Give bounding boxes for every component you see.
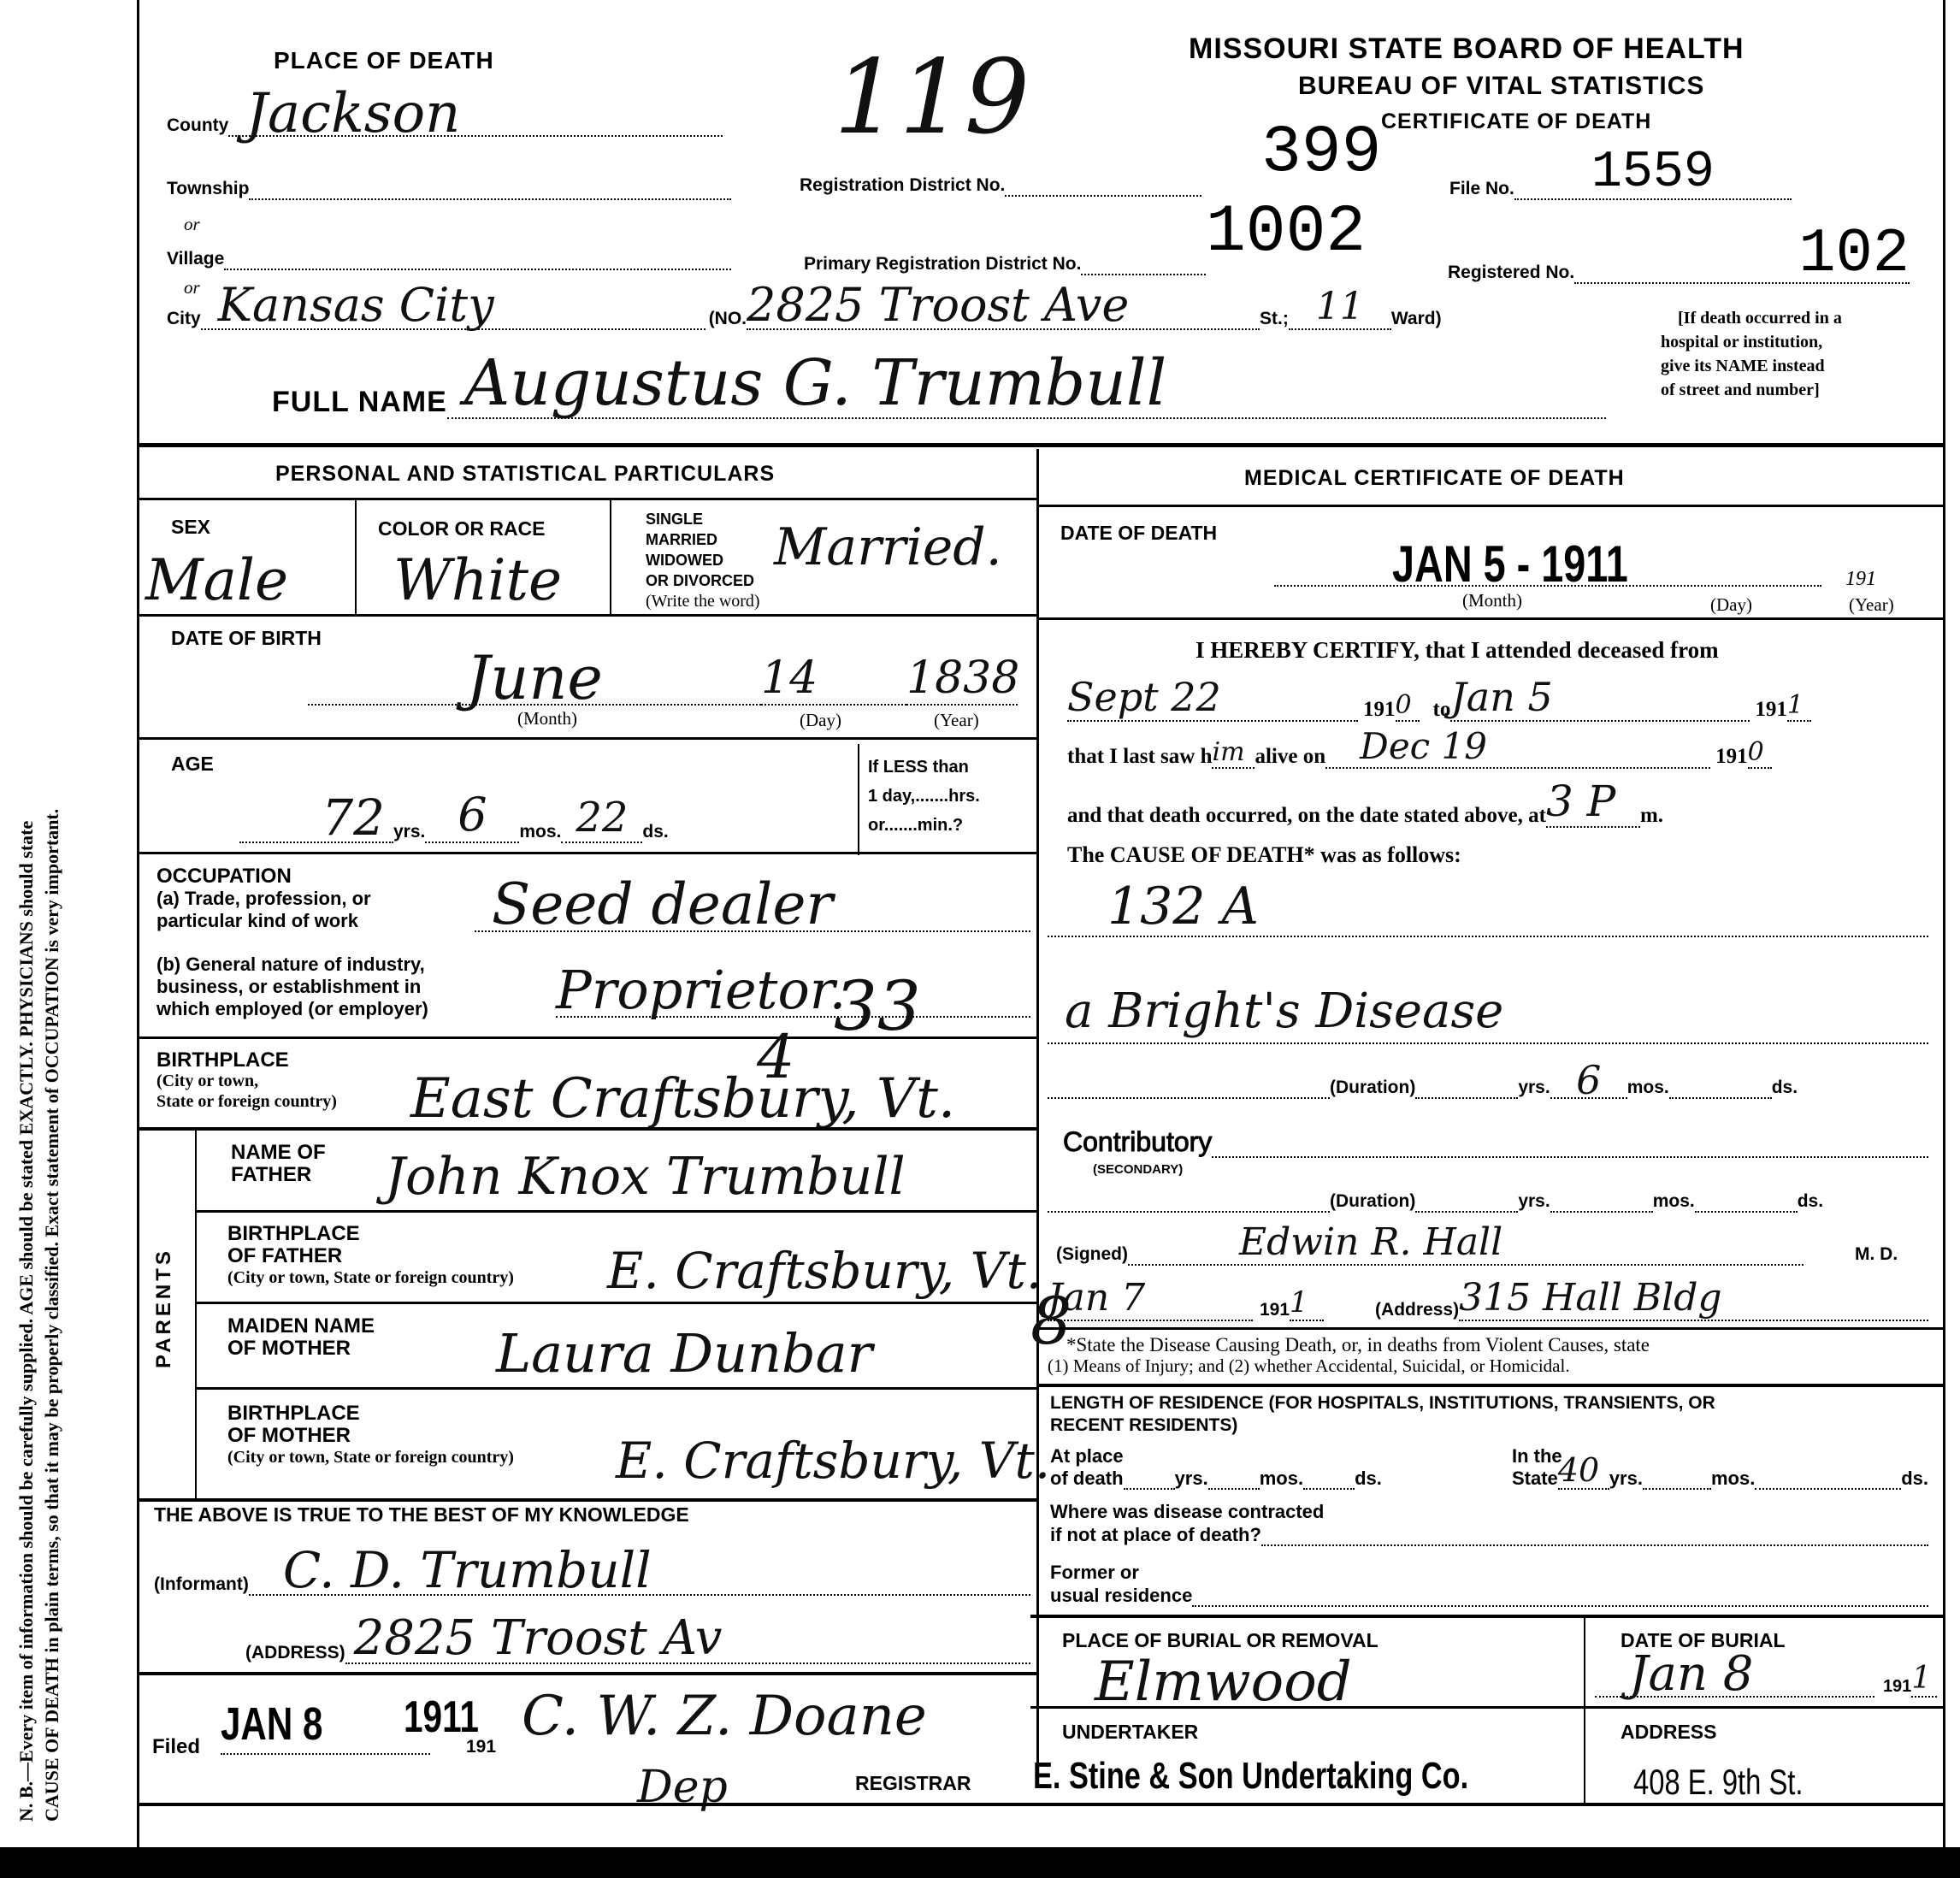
occupation-trade-value: Seed dealer: [475, 879, 1030, 932]
contributory-duration-field[interactable]: (Duration) yrs. mos. ds.: [1048, 1178, 1928, 1213]
cause-code: 132 A: [1107, 877, 1259, 936]
margin-note-line-1: N. B.—Every item of information should b…: [15, 821, 38, 1822]
dod-rule: [1039, 617, 1943, 620]
age-rule: [139, 852, 1036, 854]
primary-district-value: 1002: [1206, 195, 1366, 270]
st-label: St.;: [1260, 308, 1289, 330]
footnote-line-2: (1) Means of Injury; and (2) whether Acc…: [1048, 1355, 1650, 1377]
birthplace-field[interactable]: East Craftsbury, Vt.: [402, 1069, 1030, 1129]
age-yrs-label: yrs.: [393, 821, 425, 843]
father-name-label: NAME OF FATHER: [231, 1142, 326, 1186]
father-name-field[interactable]: John Knox Trumbull: [376, 1146, 1030, 1208]
street-no-label: (NO.: [709, 308, 747, 330]
sex-value: Male: [145, 547, 288, 613]
dob-year: 1838: [906, 653, 1018, 706]
at-place-mos-label: mos.: [1260, 1468, 1303, 1490]
age-divider: [858, 744, 859, 855]
father-birthplace-label-3: (City or town, State or foreign country): [227, 1267, 514, 1288]
cause-duration-days: [1669, 1084, 1772, 1099]
contributory-duration-ds-label: ds.: [1798, 1190, 1823, 1213]
father-birthplace-rule: [197, 1302, 1036, 1304]
state-mos-label: mos.: [1711, 1468, 1755, 1490]
physician-signature-field[interactable]: (Signed) Edwin R. Hall M. D.: [1056, 1223, 1928, 1266]
mother-name-label: MAIDEN NAME OF MOTHER: [227, 1315, 375, 1360]
at-place-months: [1208, 1478, 1260, 1490]
township-value: [249, 181, 731, 200]
mother-name-label-2: OF MOTHER: [227, 1338, 375, 1360]
ward-value: 11: [1289, 285, 1391, 330]
marital-value: Married.: [774, 517, 1002, 577]
less-than-line-3: or.......min.?: [868, 811, 980, 840]
attended-from-field[interactable]: Sept 22 191 0 to Jan 5 191 1: [1067, 676, 1931, 722]
primary-district-line: [1081, 257, 1206, 275]
contracted-field[interactable]: if not at place of death?: [1050, 1521, 1928, 1546]
signed-year-prefix: 191: [1260, 1299, 1290, 1321]
footnote: *State the Disease Causing Death, or, in…: [1048, 1334, 1650, 1377]
birthplace-value: East Craftsbury, Vt.: [402, 1069, 1030, 1129]
cause-line-1: [1048, 932, 1928, 937]
header-divider: [137, 443, 1943, 447]
father-birthplace-label-2: OF FATHER: [227, 1245, 514, 1267]
mother-birthplace-label-1: BIRTHPLACE: [227, 1403, 514, 1425]
sex-label: SEX: [171, 516, 210, 538]
burial-year-prefix: 191: [1883, 1675, 1911, 1698]
board-title: MISSOURI STATE BOARD OF HEALTH: [1189, 32, 1745, 66]
mother-name-rule: [197, 1387, 1036, 1390]
race-value: White: [393, 547, 562, 613]
state-years: 40: [1558, 1452, 1609, 1490]
death-time-value: 3 P: [1546, 777, 1640, 828]
age-ds-label: ds.: [642, 821, 668, 843]
mother-birthplace-label-3: (City or town, State or foreign country): [227, 1447, 514, 1468]
sex-divider: [355, 500, 357, 616]
marital-options: SINGLE MARRIED WIDOWED OR DIVORCED (Writ…: [646, 509, 760, 611]
scan-bottom-edge: [0, 1847, 1960, 1878]
residence-heading-line-2: RECENT RESIDENTS): [1050, 1414, 1715, 1437]
marital-widowed: WIDOWED: [646, 550, 760, 570]
burial-date-field[interactable]: Jan 8 191 1: [1595, 1655, 1937, 1698]
street-value: 2825 Troost Ave: [747, 282, 1260, 330]
age-label: AGE: [171, 753, 214, 775]
cause-duration-lead: [1048, 1084, 1330, 1099]
former-label-2: usual residence: [1050, 1585, 1192, 1607]
full-name-field[interactable]: FULL NAME Augustus G. Trumbull: [272, 351, 1606, 419]
occupation-industry-value: Proprietor.: [556, 965, 1030, 1018]
dob-month: June: [308, 653, 761, 706]
cause-duration-years: [1415, 1084, 1518, 1099]
mother-name-field[interactable]: Laura Dunbar: [479, 1326, 1030, 1382]
birthplace-heading: BIRTHPLACE: [156, 1050, 337, 1071]
registrar-label: REGISTRAR: [855, 1772, 971, 1794]
sex-row-rule: [139, 614, 1036, 617]
signed-year-digit: 1: [1290, 1285, 1324, 1321]
cause-duration-field[interactable]: (Duration) yrs. 6 mos. ds.: [1048, 1065, 1928, 1099]
residence-heading-line-1: LENGTH OF RESIDENCE (FOR HOSPITALS, INST…: [1050, 1392, 1715, 1414]
city-label: City: [167, 308, 201, 330]
less-than-line-2: 1 day,.......hrs.: [868, 782, 980, 811]
occupation-a-line-1: (a) Trade, profession, or: [156, 888, 371, 910]
attended-to-year-prefix: 191: [1755, 698, 1787, 722]
contributory-duration-days: [1695, 1197, 1798, 1213]
hospital-note-line-1: [If death occurred in a: [1661, 306, 1842, 330]
contributory-duration-months: [1550, 1197, 1653, 1213]
last-saw-field[interactable]: that I last saw h im alive on Dec 19 191…: [1067, 731, 1931, 769]
state-ds-label: ds.: [1901, 1468, 1928, 1490]
informant-address-value: 2825 Troost Av: [345, 1615, 1030, 1664]
last-saw-year-digit: 0: [1748, 737, 1772, 769]
village-value: [224, 251, 731, 270]
filed-year-prefix: 191: [466, 1736, 496, 1758]
father-birthplace-label-1: BIRTHPLACE: [227, 1223, 514, 1245]
attended-to-value: Jan 5: [1450, 674, 1750, 722]
registered-no-label: Registered No.: [1448, 262, 1574, 284]
filed-date-line: [221, 1745, 430, 1755]
cause-line-2: [1048, 1039, 1928, 1044]
physician-signature: Edwin R. Hall: [1128, 1221, 1804, 1266]
county-value: Jackson: [228, 92, 723, 137]
marital-write-note: (Write the word): [646, 591, 760, 611]
father-birthplace-field[interactable]: E. Craftsbury, Vt.: [607, 1244, 1030, 1297]
state-months: [1643, 1478, 1711, 1490]
cause-duration-ds-label: ds.: [1772, 1077, 1798, 1099]
or-label-1: or: [184, 214, 200, 234]
residence-at-place-field[interactable]: of death yrs. mos. ds.: [1050, 1464, 1486, 1490]
contributory-duration-mos-label: mos.: [1653, 1190, 1695, 1213]
hospital-note-line-3: give its NAME instead: [1661, 354, 1842, 378]
age-months: 6: [425, 788, 519, 843]
date-of-death-year-prefix: 191: [1845, 569, 1876, 589]
hospital-note-line-2: hospital or institution,: [1661, 330, 1842, 354]
former-residence-field[interactable]: usual residence: [1050, 1581, 1928, 1607]
residence-state-field[interactable]: State 40 yrs. mos. ds.: [1512, 1454, 1928, 1490]
contributory-field[interactable]: Contributory: [1063, 1120, 1928, 1158]
contributory-duration-label: (Duration): [1330, 1190, 1415, 1213]
last-saw-pronoun: im: [1212, 737, 1255, 769]
hospital-note: [If death occurred in a hospital or inst…: [1661, 306, 1842, 402]
state-days: [1755, 1478, 1901, 1490]
informant-rule: [139, 1672, 1036, 1675]
center-divider: [1036, 449, 1039, 1770]
death-time-suffix: m.: [1640, 804, 1663, 828]
at-place-label-2: of death: [1050, 1468, 1124, 1490]
full-name-value: Augustus G. Trumbull: [447, 349, 1606, 419]
place-of-death-heading: PLACE OF DEATH: [274, 47, 494, 74]
city-field[interactable]: City Kansas City (NO. 2825 Troost Ave St…: [167, 282, 1505, 330]
date-of-death-label: DATE OF DEATH: [1060, 522, 1217, 544]
certify-line: I HEREBY CERTIFY, that I attended deceas…: [1195, 637, 1719, 664]
township-label: Township: [167, 178, 249, 200]
birthplace-sub-1: (City or town,: [156, 1071, 337, 1091]
cause-duration-label: (Duration): [1330, 1077, 1415, 1099]
dob-field[interactable]: June 14 1838: [308, 654, 1030, 706]
burial-rule: [1030, 1706, 1943, 1709]
birthplace-sub-2: State or foreign country): [156, 1091, 337, 1112]
marital-single: SINGLE: [646, 509, 760, 529]
filed-label: Filed: [152, 1736, 200, 1758]
contributory-duration-yrs-label: yrs.: [1518, 1190, 1550, 1213]
mother-name-value: Laura Dunbar: [479, 1326, 1030, 1382]
death-time-field[interactable]: and that death occurred, on the date sta…: [1067, 787, 1931, 828]
mother-birthplace-label-2: OF MOTHER: [227, 1425, 514, 1447]
frame-right: [1943, 0, 1945, 1847]
former-residence-value: [1192, 1595, 1928, 1607]
parents-divider: [195, 1129, 197, 1501]
physician-address-value: 315 Hall Bldg: [1459, 1277, 1928, 1321]
burial-divider: [1584, 1616, 1585, 1804]
age-mos-label: mos.: [519, 821, 561, 843]
margin-note-line-2: CAUSE OF DEATH in plain terms, so that i…: [41, 809, 63, 1822]
attended-from-value: Sept 22: [1067, 674, 1358, 722]
informant-heading: THE ABOVE IS TRUE TO THE BEST OF MY KNOW…: [154, 1503, 689, 1526]
registration-district-label: Registration District No.: [800, 174, 1005, 197]
signed-date-value: Jan 7: [1048, 1277, 1253, 1321]
father-birthplace-label: BIRTHPLACE OF FATHER (City or town, Stat…: [227, 1223, 514, 1288]
father-name-rule: [197, 1210, 1036, 1213]
occupation-rule: [139, 1036, 1036, 1039]
dob-day-caption: (Day): [800, 710, 841, 730]
dod-day-caption: (Day): [1710, 594, 1752, 615]
file-no-value: 1559: [1514, 147, 1792, 200]
race-label: COLOR OR RACE: [378, 517, 546, 540]
mother-name-label-1: MAIDEN NAME: [227, 1315, 375, 1338]
filed-year-stamp: 1911: [404, 1692, 479, 1743]
file-no-field[interactable]: File No. 1559: [1449, 162, 1792, 200]
at-place-days: [1303, 1478, 1355, 1490]
occupation-b-label: (b) General nature of industry, business…: [156, 954, 428, 1020]
full-name-label: FULL NAME: [272, 386, 447, 419]
informant-address-label: (ADDRESS): [245, 1642, 345, 1664]
ward-label: Ward): [1391, 308, 1442, 330]
filed-date-stamp: JAN 8: [221, 1698, 322, 1751]
occupation-b-line-1: (b) General nature of industry,: [156, 954, 428, 976]
frame-left: [137, 0, 139, 1847]
less-than-line-1: If LESS than: [868, 753, 980, 782]
burial-bottom-rule: [1030, 1803, 1943, 1806]
occupation-heading: OCCUPATION: [156, 865, 371, 888]
occupation-a-line-2: particular kind of work: [156, 910, 371, 932]
mother-birthplace-label: BIRTHPLACE OF MOTHER (City or town, Stat…: [227, 1403, 514, 1468]
age-field[interactable]: 72 yrs. 6 mos. 22 ds.: [239, 795, 842, 843]
less-than-note: If LESS than 1 day,.......hrs. or.......…: [868, 753, 980, 840]
last-saw-date: Dec 19: [1325, 725, 1710, 769]
footnote-line-1: *State the Disease Causing Death, or, in…: [1048, 1334, 1650, 1355]
informant-value: C. D. Trumbull: [249, 1546, 1030, 1596]
registration-district-field[interactable]: Registration District No.: [800, 154, 1201, 197]
registered-no-field[interactable]: Registered No. 102: [1448, 224, 1910, 284]
last-saw-label-1: that I last saw h: [1067, 745, 1212, 769]
burial-year-digit: 1: [1911, 1661, 1937, 1698]
residence-rule: [1030, 1615, 1943, 1618]
occupation-b-line-2: business, or establishment in: [156, 976, 428, 998]
residence-heading: LENGTH OF RESIDENCE (FOR HOSPITALS, INST…: [1050, 1392, 1715, 1437]
occupation-b-line-3: which employed (or employer): [156, 998, 428, 1020]
last-saw-year-prefix: 191: [1715, 745, 1748, 769]
informant-address-field[interactable]: (ADDRESS) 2825 Troost Av: [245, 1616, 1030, 1664]
signed-label: (Signed): [1056, 1243, 1128, 1266]
father-name-label-1: NAME OF: [231, 1142, 326, 1164]
last-saw-label-2: alive on: [1255, 745, 1325, 769]
occupation-code: 33: [834, 966, 921, 1046]
contributory-value: [1212, 1144, 1928, 1158]
md-label: M. D.: [1855, 1243, 1898, 1266]
dob-day: 14: [761, 653, 906, 706]
occupation-trade-field[interactable]: Seed dealer: [475, 881, 1030, 932]
left-bottom-rule: [139, 1803, 1036, 1806]
margin-number: 119: [834, 38, 1030, 157]
date-of-death-line: [1274, 582, 1821, 587]
registration-district-value: 399: [1261, 115, 1381, 191]
file-no-label: File No.: [1449, 178, 1514, 200]
attended-from-year-prefix: 191: [1363, 698, 1396, 722]
village-label: Village: [167, 248, 224, 270]
township-field[interactable]: Township: [167, 171, 731, 200]
father-name-value: John Knox Trumbull: [376, 1146, 1030, 1208]
burial-date-value: Jan 8: [1595, 1653, 1874, 1698]
father-name-label-2: FATHER: [231, 1164, 326, 1186]
primary-district-label: Primary Registration District No.: [804, 253, 1081, 275]
dod-year-caption: (Year): [1849, 594, 1894, 615]
county-label: County: [167, 115, 228, 137]
informant-label: (Informant): [154, 1574, 249, 1596]
registered-no-value: 102: [1574, 226, 1910, 284]
at-place-yrs-label: yrs.: [1175, 1468, 1208, 1490]
marital-married: MARRIED: [646, 529, 760, 550]
cause-duration-yrs-label: yrs.: [1518, 1077, 1550, 1099]
bureau-title: BUREAU OF VITAL STATISTICS: [1298, 72, 1704, 101]
occupation-label: OCCUPATION (a) Trade, profession, or par…: [156, 865, 371, 932]
birthplace-rule: [139, 1127, 1036, 1131]
village-field[interactable]: Village: [167, 241, 731, 270]
mother-birthplace-value: E. Craftsbury, Vt.: [616, 1432, 1050, 1489]
certificate-title: CERTIFICATE OF DEATH: [1381, 109, 1651, 134]
parents-side-label: PARENTS: [152, 1248, 176, 1368]
cause-value: a Bright's Disease: [1065, 983, 1503, 1039]
contributory-duration-years: [1415, 1197, 1518, 1213]
marital-divorced: OR DIVORCED: [646, 570, 760, 591]
age-years: 72: [239, 794, 393, 843]
attended-from-year-digit: 0: [1396, 690, 1420, 722]
occupation-industry-field[interactable]: Proprietor.: [556, 966, 1030, 1018]
medical-heading: MEDICAL CERTIFICATE OF DEATH: [1244, 466, 1625, 491]
burial-place-label: PLACE OF BURIAL OR REMOVAL: [1062, 1629, 1378, 1651]
dob-month-caption: (Month): [517, 708, 577, 729]
contributory-duration-lead: [1048, 1197, 1330, 1213]
birthplace-label: BIRTHPLACE (City or town, State or forei…: [156, 1050, 337, 1112]
dob-year-caption: (Year): [934, 710, 979, 730]
attended-to-label: to: [1433, 698, 1451, 722]
death-time-label: and that death occurred, on the date sta…: [1067, 804, 1546, 828]
contracted-label-2: if not at place of death?: [1050, 1524, 1261, 1546]
signed-date-field[interactable]: Jan 7 191 1 (Address) 315 Hall Bldg: [1048, 1279, 1928, 1321]
dob-label: DATE OF BIRTH: [171, 627, 322, 649]
race-divider: [610, 500, 611, 616]
state-yrs-label: yrs.: [1609, 1468, 1643, 1490]
medical-heading-rule: [1039, 505, 1943, 507]
cause-duration-months: 6: [1550, 1063, 1627, 1099]
dob-rule: [139, 737, 1036, 740]
hospital-note-line-4: of street and number]: [1661, 378, 1842, 402]
registration-district-line: [1005, 178, 1201, 197]
father-birthplace-value: E. Craftsbury, Vt.: [607, 1244, 1042, 1297]
personal-heading-rule: [139, 498, 1036, 500]
personal-heading: PERSONAL AND STATISTICAL PARTICULARS: [275, 462, 775, 487]
footnote-rule: [1039, 1384, 1943, 1387]
primary-district-field[interactable]: Primary Registration District No.: [804, 246, 1206, 275]
contributory-label: Contributory: [1063, 1126, 1212, 1158]
at-place-years: [1124, 1478, 1175, 1490]
parents-bottom-rule: [139, 1498, 1036, 1502]
mother-birthplace-field[interactable]: E. Craftsbury, Vt.: [616, 1432, 1030, 1489]
registrar-signature[interactable]: C. W. Z. Doane: [522, 1685, 927, 1748]
county-field[interactable]: County Jackson: [167, 94, 723, 137]
undertaker-address-label: ADDRESS: [1621, 1721, 1716, 1743]
state-label: State: [1512, 1468, 1558, 1490]
informant-field[interactable]: (Informant) C. D. Trumbull: [154, 1548, 1030, 1596]
physician-address-label: (Address): [1375, 1299, 1459, 1321]
signed-rule: [1039, 1327, 1943, 1330]
city-value: Kansas City: [201, 282, 705, 330]
contracted-value: [1261, 1534, 1928, 1546]
at-place-ds-label: ds.: [1355, 1468, 1382, 1490]
cause-duration-mos-label: mos.: [1627, 1077, 1669, 1099]
burial-place-value: Elmwood: [1095, 1651, 1352, 1714]
cause-label: The CAUSE OF DEATH* was as follows:: [1067, 842, 1461, 868]
age-days: 22: [561, 794, 642, 843]
attended-to-year-digit: 1: [1787, 690, 1811, 722]
undertaker-value: E. Stine & Son Undertaking Co.: [1033, 1755, 1468, 1798]
dod-month-caption: (Month): [1462, 590, 1522, 611]
undertaker-label: UNDERTAKER: [1062, 1721, 1198, 1743]
undertaker-address-value: 408 E. 9th St.: [1633, 1762, 1804, 1803]
